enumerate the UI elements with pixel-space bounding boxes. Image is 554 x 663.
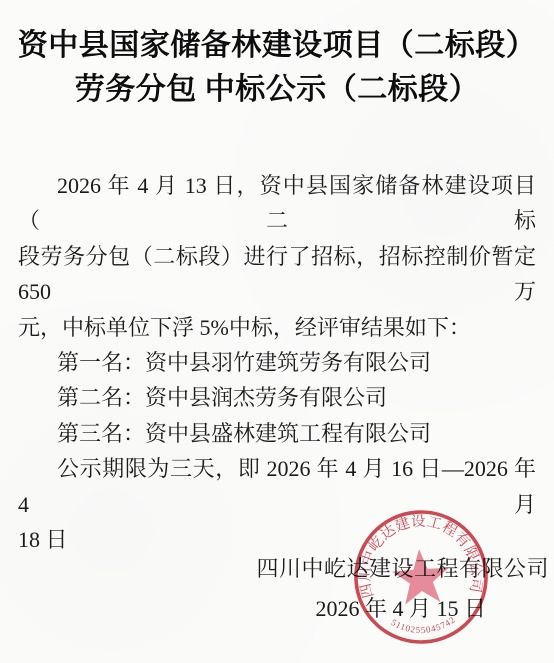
title-line-1: 资中县国家储备林建设项目（二标段）	[0, 24, 554, 68]
rank-line-first: 第一名：资中县羽竹建筑劳务有限公司	[18, 345, 536, 380]
body-line-3: 元，中标单位下浮 5%中标，经评审结果如下：	[18, 310, 536, 345]
scanned-document-page: 资中县国家储备林建设项目（二标段） 劳务分包 中标公示（二标段） 2026 年 …	[0, 0, 554, 663]
signature-date: 2026 年 4 月 15 日	[315, 592, 486, 623]
publicity-period-line: 公示期限为三天，即 2026 年 4 月 16 日—2026 年 4 月	[18, 451, 536, 522]
rank-line-third: 第三名：资中县盛林建筑工程有限公司	[18, 416, 536, 451]
title-line-2: 劳务分包 中标公示（二标段）	[0, 68, 554, 112]
body-line-2: 段劳务分包（二标段）进行了招标，招标控制价暂定 650 万	[18, 239, 536, 310]
rank-line-second: 第二名：资中县润杰劳务有限公司	[18, 380, 536, 415]
body-line-1: 2026 年 4 月 13 日，资中县国家储备林建设项目（二标	[18, 168, 536, 239]
document-body: 2026 年 4 月 13 日，资中县国家储备林建设项目（二标 段劳务分包（二标…	[18, 168, 536, 557]
signature-company: 四川中屹达建设工程有限公司	[256, 552, 549, 583]
document-title: 资中县国家储备林建设项目（二标段） 劳务分包 中标公示（二标段）	[0, 0, 554, 112]
